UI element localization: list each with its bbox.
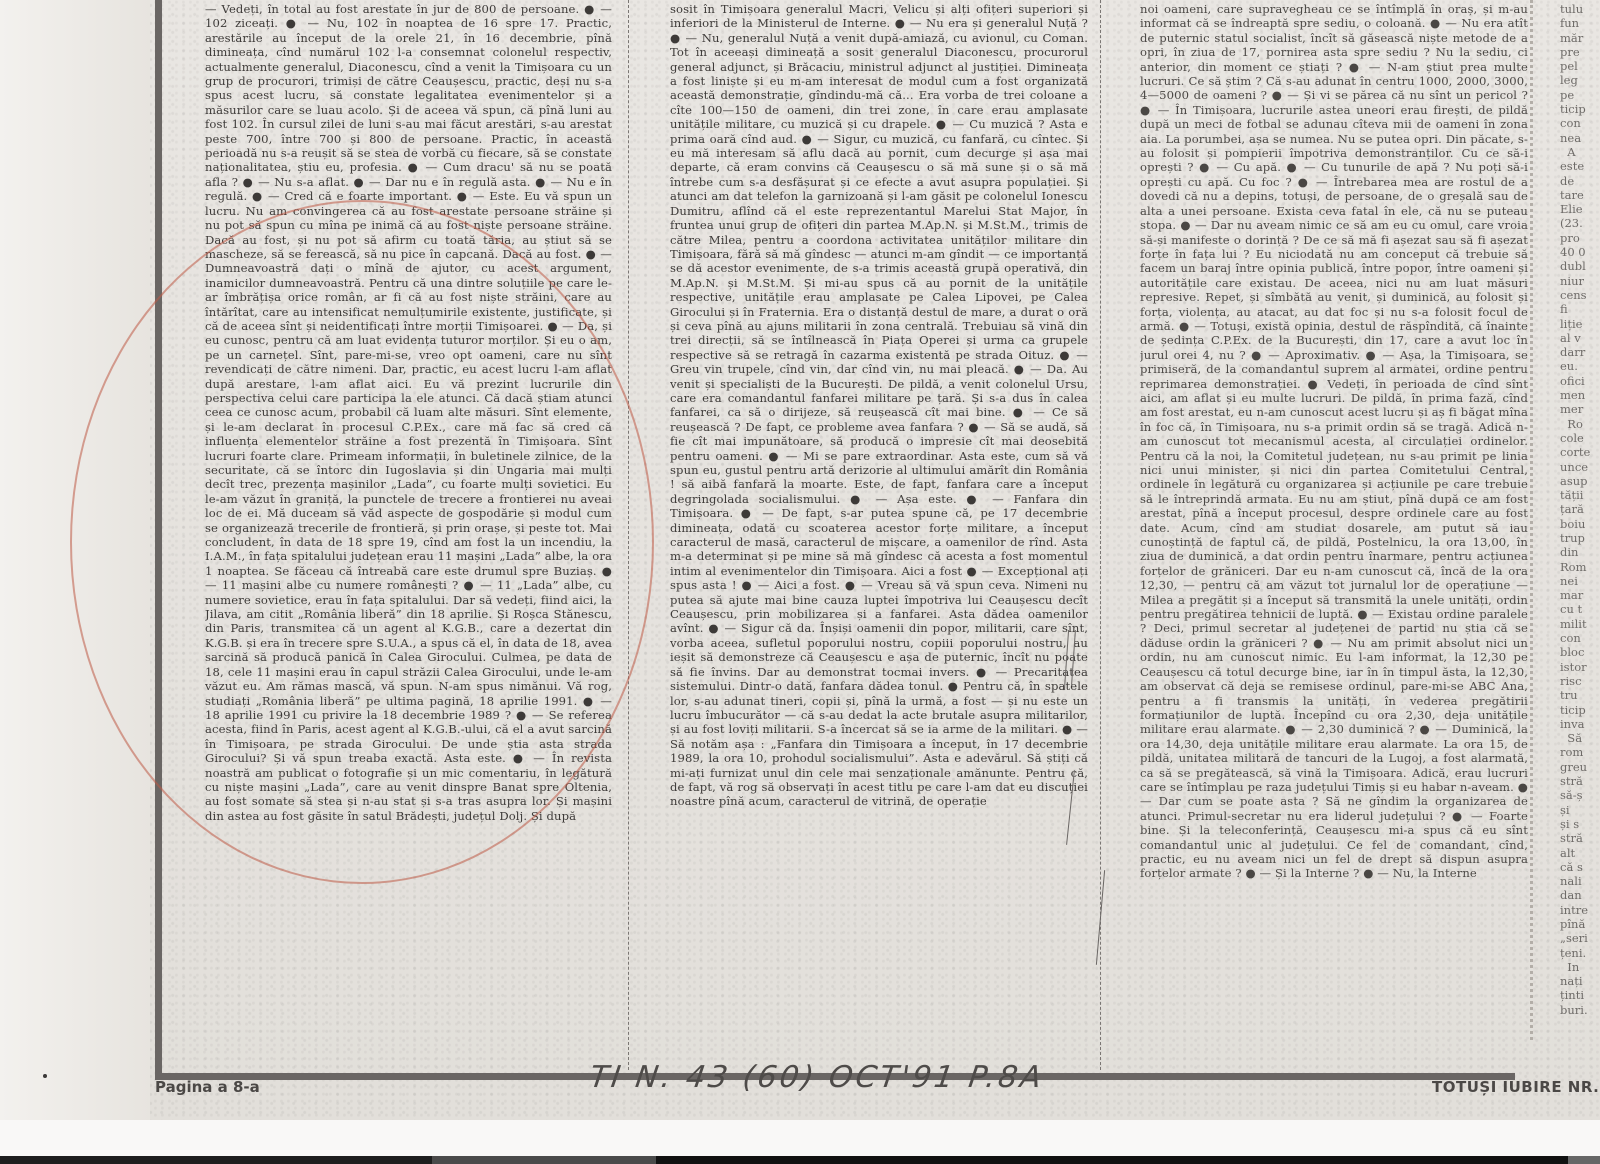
column-divider <box>628 0 630 1070</box>
scan-bottom-margin <box>0 1120 1600 1156</box>
page-fold-edge <box>1530 0 1534 1040</box>
publication-name-footer: TOTUȘI IUBIRE NR. <box>1432 1078 1599 1096</box>
handwritten-reference-note: TI N. 43 (60) OCT'91 P.8A <box>588 1060 1047 1095</box>
article-column-2: sosit în Timișoara generalul Macri, Veli… <box>670 2 1088 1072</box>
column-3-text: noi oameni, care supravegheau ce se întî… <box>1140 2 1528 881</box>
column-1-text: — Vedeți, în total au fost arestate în j… <box>205 2 612 823</box>
page-number-footer: Pagina a 8-a <box>155 1078 260 1096</box>
speck <box>43 1074 47 1078</box>
adjacent-page-fragment: tulu fun măr pre pel leg pe ticip con ne… <box>1560 2 1600 1042</box>
column-2-text: sosit în Timișoara generalul Macri, Veli… <box>670 2 1088 809</box>
article-column-1: — Vedeți, în total au fost arestate în j… <box>205 2 612 1072</box>
scanner-edge-band <box>0 1156 1600 1164</box>
left-margin <box>0 0 150 1120</box>
article-column-3: noi oameni, care supravegheau ce se întî… <box>1140 2 1528 1060</box>
